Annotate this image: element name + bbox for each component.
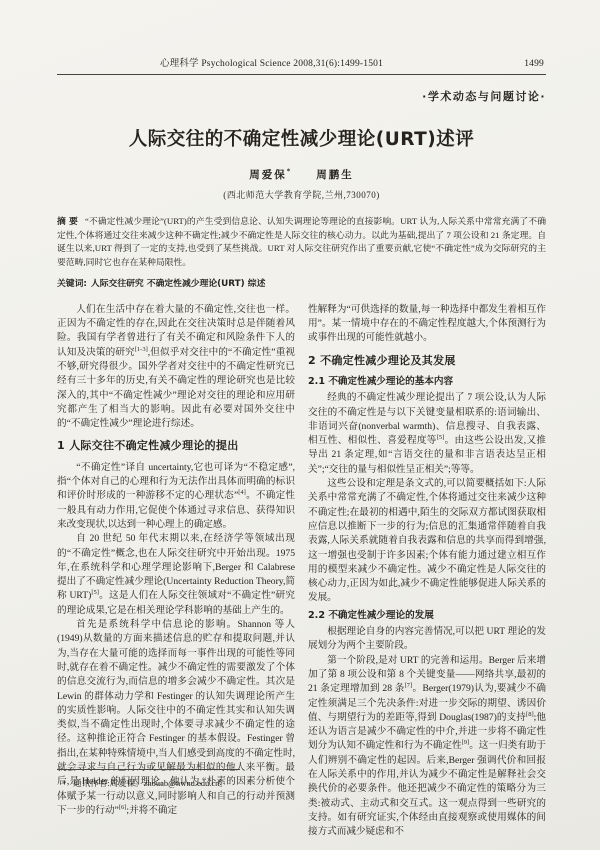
paragraph-summary: 这些公设和定理是条文式的,可以简要概括如下:人际关系中常常充满了不确定性,个体将… [308, 477, 546, 606]
author-name-1: 周爱保 [249, 170, 287, 181]
journal-page: 心理科学 Psychological Science 2008,31(6):14… [0, 0, 600, 850]
footnote-text: 通讯作者:周爱保。zhouab@nwnu.edu.cn。 [73, 778, 228, 788]
article-title: 人际交往的不确定性减少理论(URT)述评 [57, 125, 546, 151]
abstract-label: 摘 要 [57, 217, 78, 227]
author-name-2: 周鹏生 [316, 170, 354, 181]
right-column: 性解释为“可供选择的数量,每一种选择中都发生着相互作用”。某一情境中存在的不确定… [308, 303, 546, 840]
affiliation: (西北师范大学教育学院,兰州,730070) [57, 188, 546, 201]
authors-line: 周爱保*周鹏生 [57, 167, 546, 182]
keywords-text: 人际交往研究 不确定性减少理论(URT) 综述 [91, 279, 265, 289]
footnote: *通讯作者:周爱保。zhouab@nwnu.edu.cn。 [62, 777, 302, 789]
abstract-text: “不确定性减少理论”(URT)的产生受到信息论、认知失调理论等理论的直接影响。U… [57, 216, 546, 267]
page-number: 1499 [484, 59, 544, 69]
paragraph-stage-one: 第一个阶段,是对 URT 的完善和运用。Berger 后来增加了第 8 项公设和… [308, 654, 546, 840]
corresponding-author-mark: * [287, 168, 291, 176]
subsection-heading-2-2: 2.2 不确定性减少理论的发展 [308, 609, 546, 623]
section-banner: ·学术动态与问题讨论· [57, 88, 546, 104]
paragraph-axioms: 经典的不确定性减少理论提出了 7 项公设,认为人际交往的不确定性是与以下关键变量… [308, 391, 546, 477]
running-header: 心理科学 Psychological Science 2008,31(6):14… [57, 55, 546, 75]
keywords-label: 关键词: [57, 279, 87, 289]
journal-citation: 心理科学 Psychological Science 2008,31(6):14… [59, 55, 484, 69]
section-heading-1: 1 人际交往不确定性减少理论的提出 [57, 439, 295, 453]
section-heading-2: 2 不确定性减少理论及其发展 [308, 354, 546, 368]
footnote-rule [57, 769, 240, 770]
paragraph-origin: 自 20 世纪 50 年代末期以来,在经济学等领域出现的“不确定性”概念,也在人… [57, 532, 295, 618]
paragraph-stages: 根据理论自身的内容完善情况,可以把 URT 理论的发展划分为两个主要阶段。 [308, 625, 546, 654]
subsection-heading-2-1: 2.1 不确定性减少理论的基本内容 [308, 375, 546, 389]
footnote-marker: * [62, 778, 66, 788]
two-column-body: 人们在生活中存在着大量的不确定性,交往也一样。正因为不确定性的存在,因此在交往决… [57, 303, 546, 840]
paragraph-definition: “不确定性”译自 uncertainty,它也可译为“不稳定感”,指“个体对自己… [57, 461, 295, 532]
left-column: 人们在生活中存在着大量的不确定性,交往也一样。正因为不确定性的存在,因此在交往决… [57, 303, 295, 840]
paragraph-intro: 人们在生活中存在着大量的不确定性,交往也一样。正因为不确定性的存在,因此在交往决… [57, 303, 295, 432]
keywords-line: 关键词:人际交往研究 不确定性减少理论(URT) 综述 [57, 278, 546, 291]
abstract-block: 摘 要“不确定性减少理论”(URT)的产生受到信息论、认知失调理论等理论的直接影… [57, 215, 546, 269]
page-content: 心理科学 Psychological Science 2008,31(6):14… [57, 55, 546, 840]
paragraph-continuation: 性解释为“可供选择的数量,每一种选择中都发生着相互作用”。某一情境中存在的不确定… [308, 303, 546, 346]
